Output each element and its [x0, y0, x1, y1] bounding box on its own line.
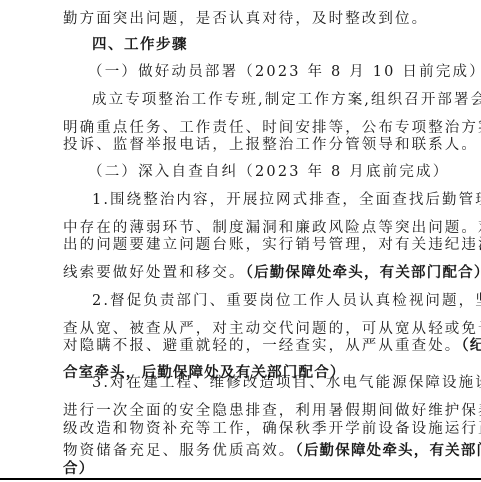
body-text: 出的问题要建立问题台账，实行销号管理，对有关违纪违法问题: [63, 237, 481, 253]
body-text: 物资储备充足、服务优质高效。: [63, 443, 295, 459]
document-page: 勤方面突出问题，是否认真对待，及时整改到位。 四、工作步骤 （一）做好动员部署（…: [0, 0, 481, 478]
paragraph-line: 1.围绕整治内容，开展拉网式排查，全面查找后勤管理工作: [92, 189, 423, 211]
responsibility-note: （纪委综: [461, 338, 481, 354]
paragraph-line: 2.督促负责部门、重要岗位工作人员认真检视问题，坚持自: [92, 290, 423, 312]
responsibility-note: （后勤保障处牵头，有关部门配合）: [246, 265, 481, 281]
paragraph-line: 线索要做好处置和移交。（后勤保障处牵头，有关部门配合）: [63, 262, 423, 284]
heading-text: 四、工作步骤: [92, 37, 188, 53]
subsection-heading: （一）做好动员部署（2023 年 8 月 10 日前完成）: [88, 61, 448, 83]
body-text: 投诉、监督举报电话，上报整治工作分管领导和联系人。: [63, 137, 478, 153]
paragraph-line: 对隐瞒不报、避重就轻的，一经查实，从严从重查处。（纪委综: [63, 335, 423, 357]
paragraph-line: 出的问题要建立问题台账，实行销号管理，对有关违纪违法问题: [63, 234, 423, 256]
paragraph-line: 合）: [63, 458, 423, 480]
subsection-heading: （二）深入自查自纠（2023 年 8 月底前完成）: [88, 161, 448, 183]
paragraph-line: 成立专项整治工作专班,制定工作方案,组织召开部署会议,: [92, 89, 423, 111]
body-text: 线索要做好处置和移交。: [63, 265, 246, 281]
subheading-text: （一）做好动员部署（2023 年 8 月 10 日前完成）: [88, 64, 481, 80]
paragraph-line: 勤方面突出问题，是否认真对待，及时整改到位。: [63, 8, 423, 30]
section-heading: 四、工作步骤: [92, 34, 423, 56]
body-text: 对隐瞒不报、避重就轻的，一经查实，从严从重查处。: [63, 338, 461, 354]
paragraph-line: 3.对在建工程、维修改造项目、水电气能源保障设施设备等: [92, 372, 423, 394]
body-text: 2.督促负责部门、重要岗位工作人员认真检视问题，坚持自: [92, 293, 481, 309]
body-text: 3.对在建工程、维修改造项目、水电气能源保障设施设备等: [92, 375, 481, 391]
paragraph-line: 投诉、监督举报电话，上报整治工作分管领导和联系人。: [63, 134, 423, 156]
body-text: 成立专项整治工作专班,制定工作方案,组织召开部署会议,: [92, 92, 481, 108]
subheading-text: （二）深入自查自纠（2023 年 8 月底前完成）: [88, 164, 449, 180]
responsibility-note: 合）: [63, 461, 94, 477]
body-text: 进行一次全面的安全隐患排查，利用暑假期间做好维护保养、升: [63, 403, 481, 419]
body-text: 勤方面突出问题，是否认真对待，及时整改到位。: [63, 11, 428, 27]
body-text: 级改造和物资补充等工作，确保秋季开学前设备设施运行正常、: [63, 421, 481, 437]
paragraph-line: 级改造和物资补充等工作，确保秋季开学前设备设施运行正常、: [63, 418, 423, 440]
body-text: 1.围绕整治内容，开展拉网式排查，全面查找后勤管理工作: [92, 192, 481, 208]
page-bottom-border: [0, 478, 481, 480]
responsibility-note: （后勤保障处牵头，有关部门配: [295, 443, 481, 459]
